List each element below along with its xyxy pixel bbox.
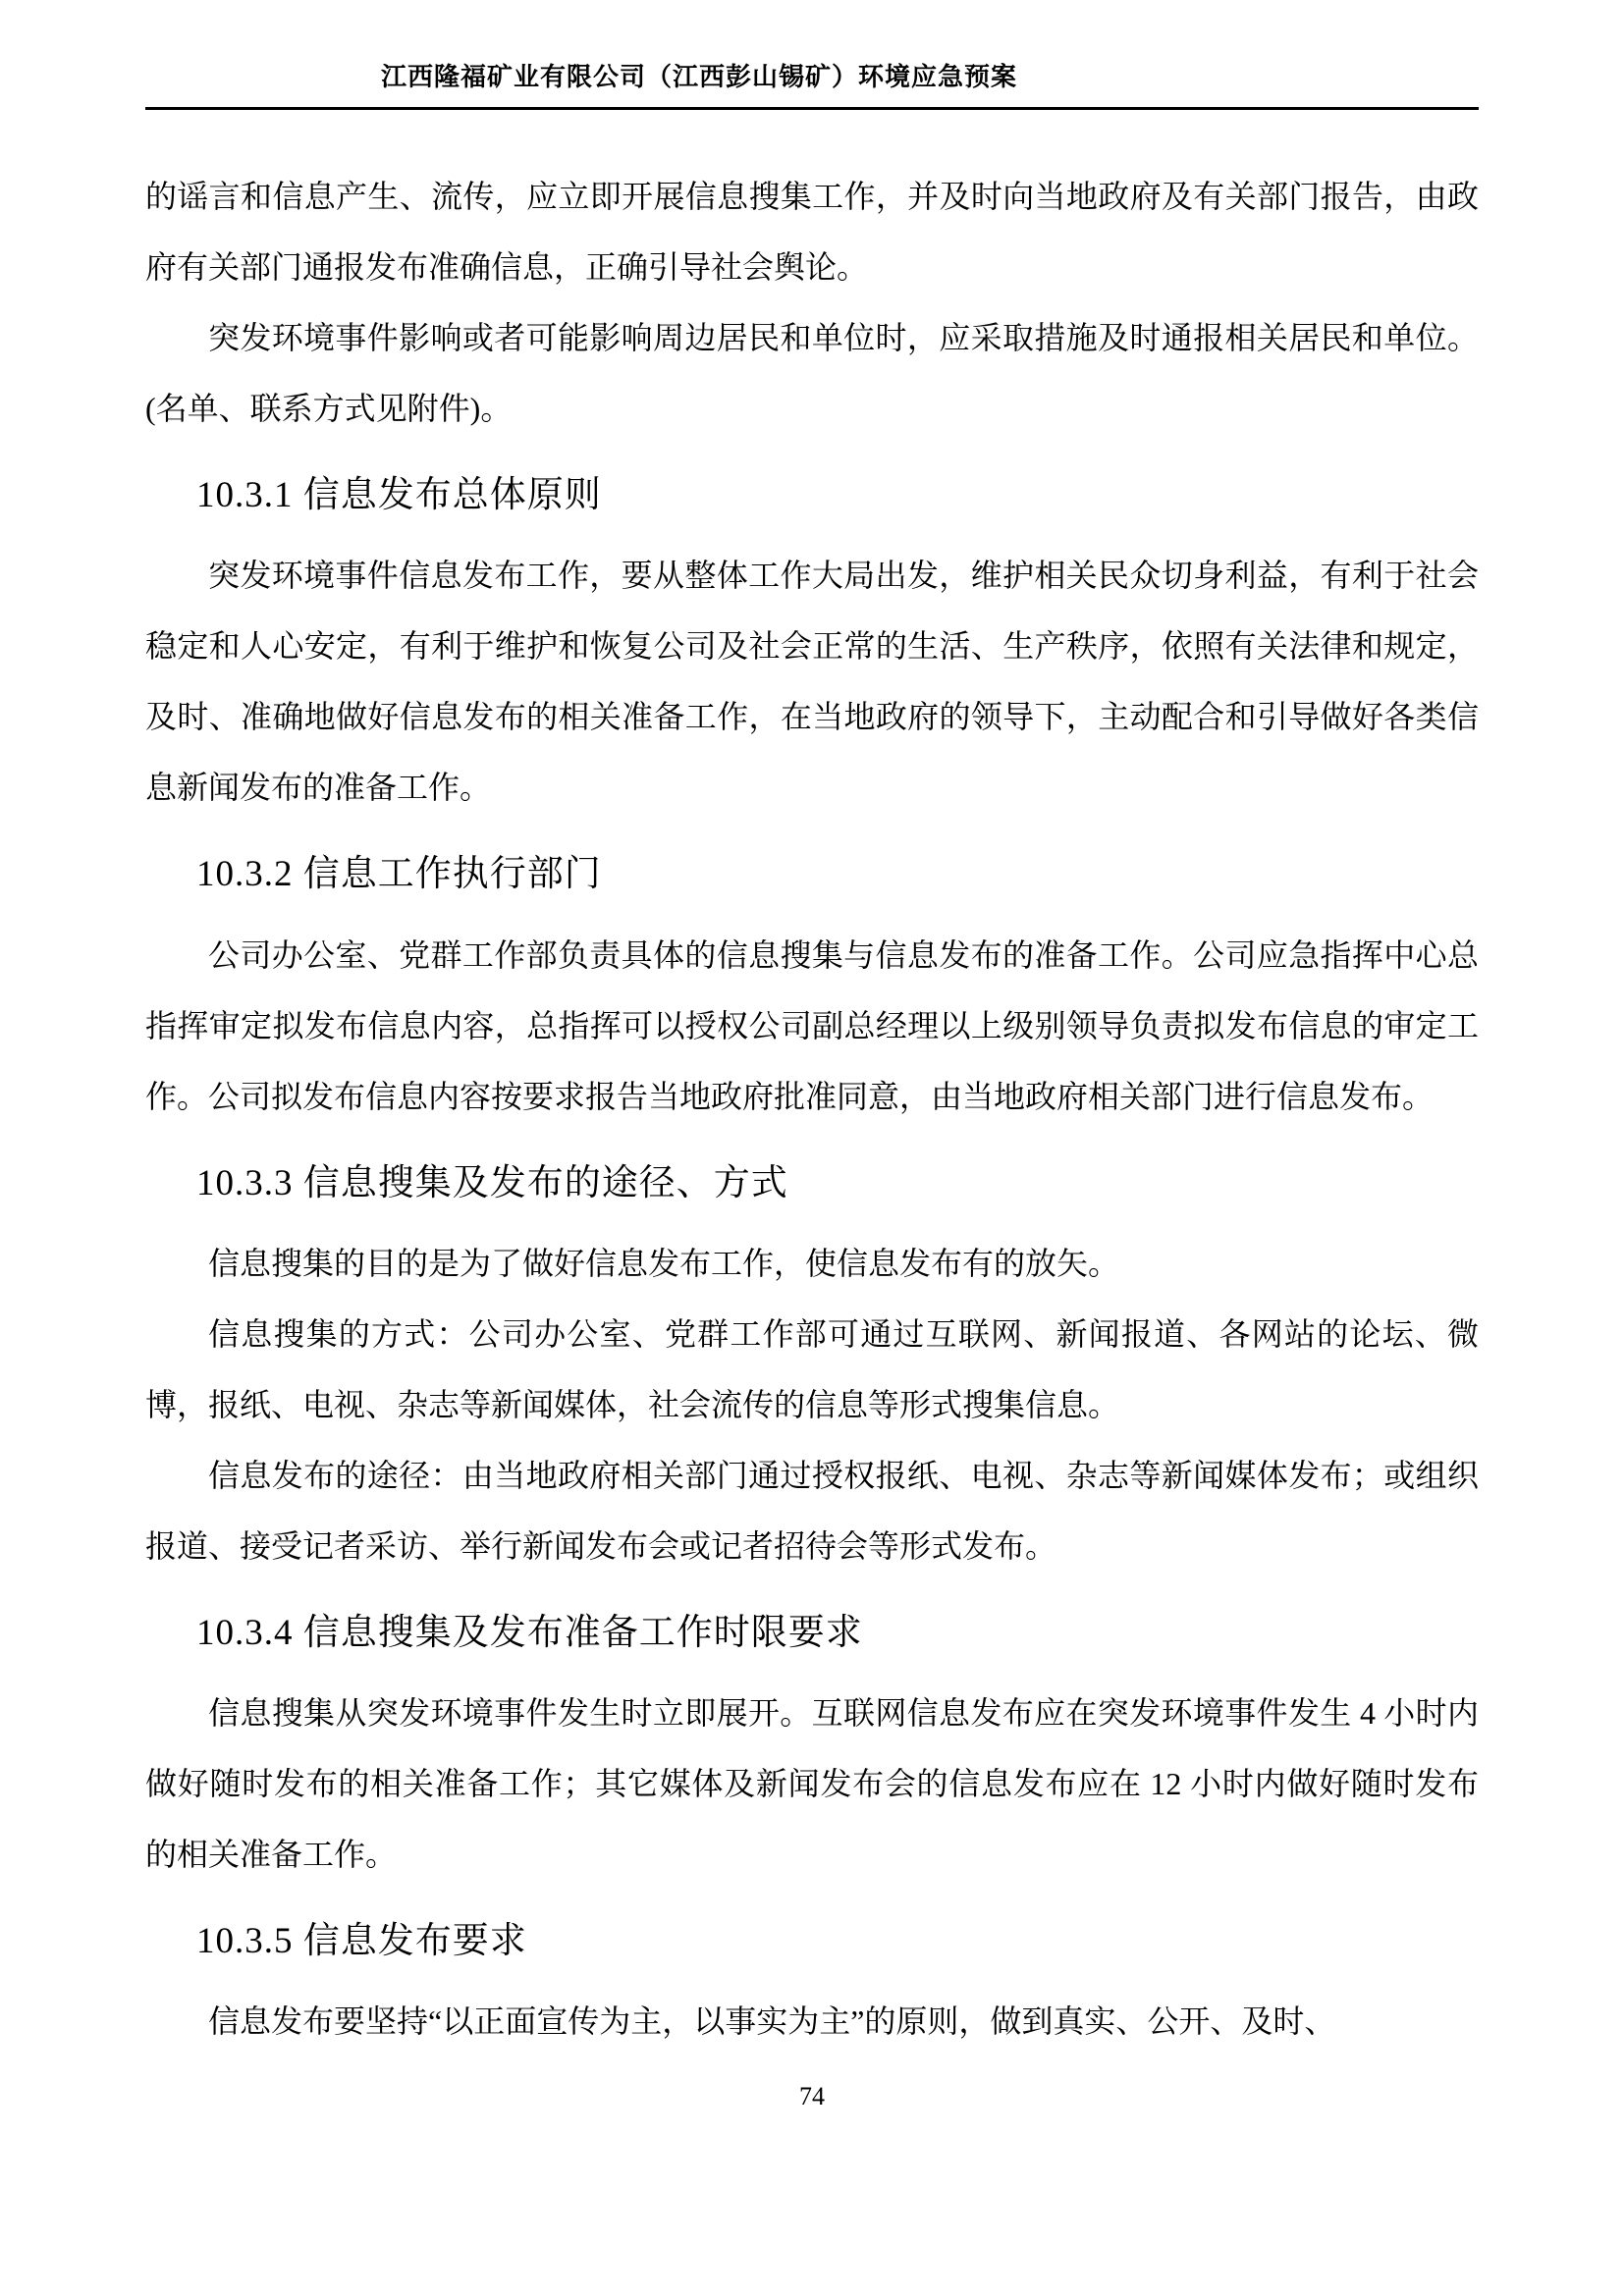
document-body: 的谣言和信息产生、流传，应立即开展信息搜集工作，并及时向当地政府及有关部门报告，… [145,161,1479,2056]
section-10-3-5-paragraph: 信息发布要坚持“以正面宣传为主，以事实为主”的原则，做到真实、公开、及时、 [145,1986,1479,2056]
section-heading-10-3-3: 10.3.3 信息搜集及发布的途径、方式 [145,1161,1479,1206]
section-heading-10-3-4: 10.3.4 信息搜集及发布准备工作时限要求 [145,1611,1479,1656]
document-page: 江西隆福矿业有限公司（江西彭山锡矿）环境应急预案 的谣言和信息产生、流传，应立即… [0,0,1624,2296]
section-heading-10-3-1: 10.3.1 信息发布总体原则 [145,473,1479,518]
section-10-3-3-paragraph-3: 信息发布的途径：由当地政府相关部门通过授权报纸、电视、杂志等新闻媒体发布；或组织… [145,1440,1479,1581]
section-heading-10-3-5: 10.3.5 信息发布要求 [145,1919,1479,1964]
page-footer: 74 [145,2082,1479,2111]
header-rule-divider [145,107,1479,110]
section-10-3-3-paragraph-2: 信息搜集的方式：公司办公室、党群工作部可通过互联网、新闻报道、各网站的论坛、微博… [145,1299,1479,1440]
section-10-3-2-paragraph: 公司办公室、党群工作部负责具体的信息搜集与信息发布的准备工作。公司应急指挥中心总… [145,920,1479,1132]
section-10-3-4-paragraph: 信息搜集从突发环境事件发生时立即展开。互联网信息发布应在突发环境事件发生 4 小… [145,1678,1479,1890]
intro-paragraph-2: 突发环境事件影响或者可能影响周边居民和单位时，应采取措施及时通报相关居民和单位。… [145,302,1479,444]
section-heading-10-3-2: 10.3.2 信息工作执行部门 [145,852,1479,897]
document-header-title: 江西隆福矿业有限公司（江西彭山锡矿）环境应急预案 [145,57,1253,93]
page-header: 江西隆福矿业有限公司（江西彭山锡矿）环境应急预案 [145,57,1479,93]
section-10-3-3-paragraph-1: 信息搜集的目的是为了做好信息发布工作，使信息发布有的放矢。 [145,1228,1479,1299]
section-10-3-1-paragraph: 突发环境事件信息发布工作，要从整体工作大局出发，维护相关民众切身利益，有利于社会… [145,540,1479,823]
page-number: 74 [799,2082,825,2110]
intro-paragraph-1: 的谣言和信息产生、流传，应立即开展信息搜集工作，并及时向当地政府及有关部门报告，… [145,161,1479,302]
